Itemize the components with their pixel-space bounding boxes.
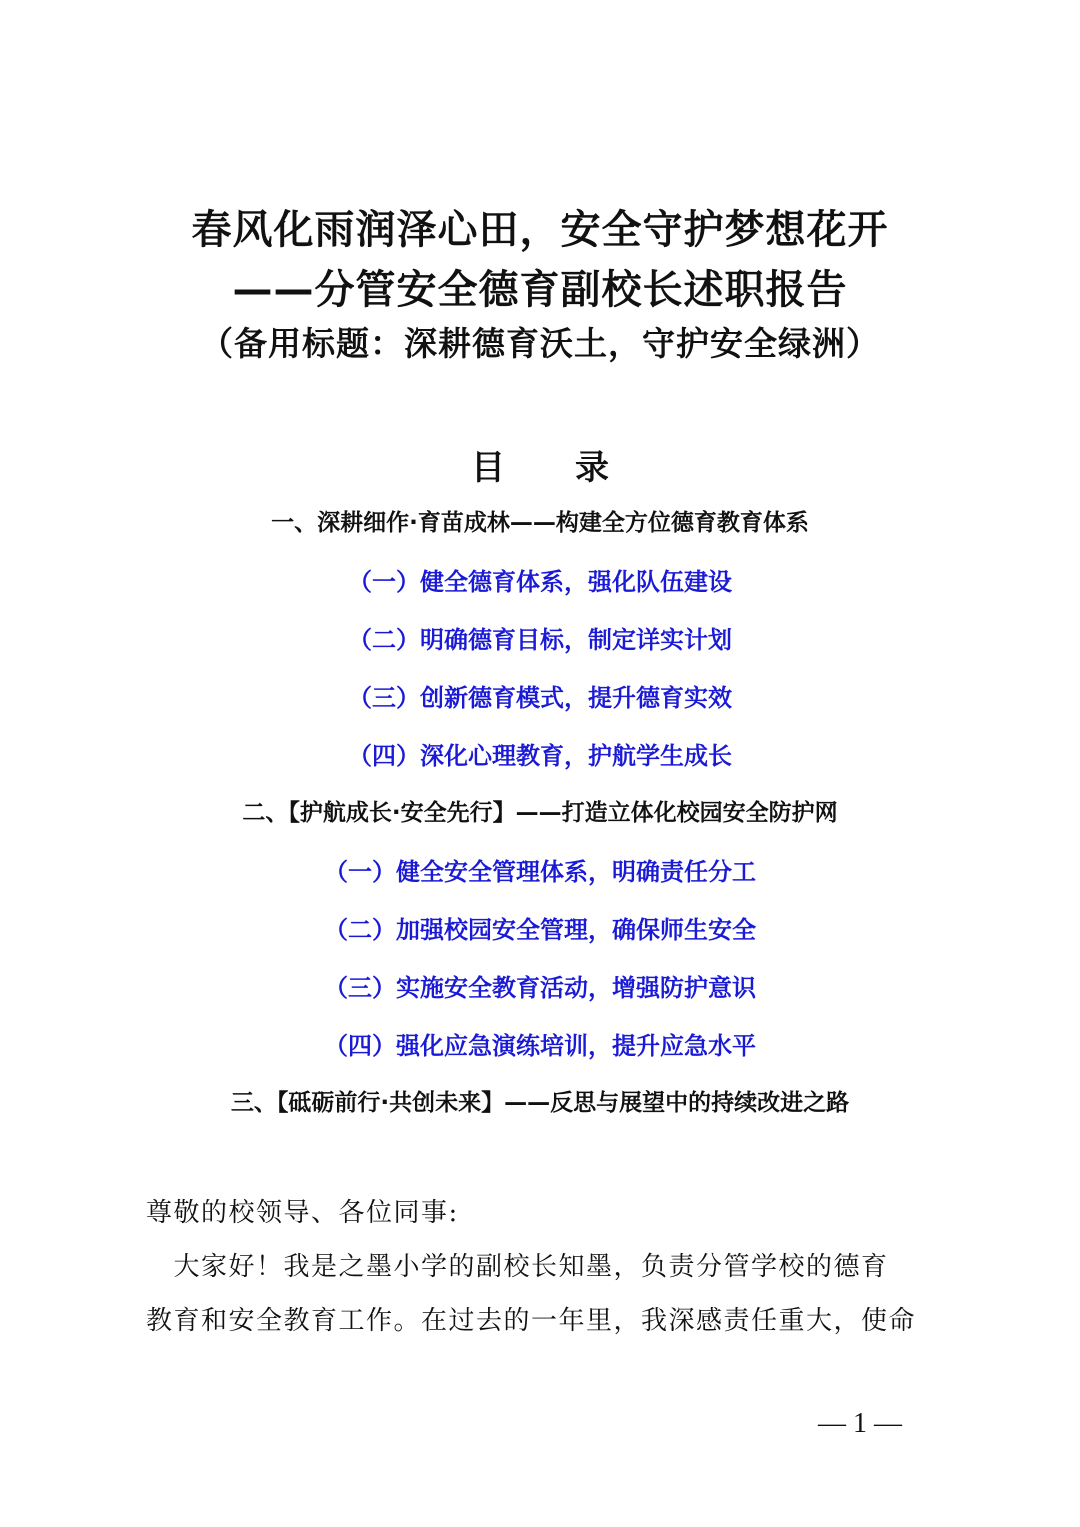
body-paragraph-line-1: 大家好！我是之墨小学的副校长知墨，负责分管学校的德育 (146, 1246, 946, 1283)
toc-item-2-3[interactable]: （三）实施安全教育活动，增强防护意识 (0, 968, 1080, 1003)
toc-item-2-4[interactable]: （四）强化应急演练培训，提升应急水平 (0, 1026, 1080, 1061)
toc-item-1-1[interactable]: （一）健全德育体系，强化队伍建设 (0, 562, 1080, 597)
salutation: 尊敬的校领导、各位同事: (146, 1192, 946, 1229)
body-paragraph-line-2: 教育和安全教育工作。在过去的一年里，我深感责任重大，使命 (146, 1300, 946, 1337)
document-subtitle: ——分管安全德育副校长述职报告 (0, 258, 1080, 315)
toc-section-2[interactable]: 二、【护航成长·安全先行】——打造立体化校园安全防护网 (0, 794, 1080, 827)
toc-item-1-4[interactable]: （四）深化心理教育，护航学生成长 (0, 736, 1080, 771)
toc-heading-right: 录 (575, 440, 609, 489)
toc-section-1[interactable]: 一、深耕细作·育苗成林——构建全方位德育教育体系 (0, 504, 1080, 537)
toc-item-1-3[interactable]: （三）创新德育模式，提升德育实效 (0, 678, 1080, 713)
document-title: 春风化雨润泽心田，安全守护梦想花开 (0, 198, 1080, 255)
alternate-title: （备用标题：深耕德育沃土，守护安全绿洲） (0, 318, 1080, 365)
toc-section-3[interactable]: 三、【砥砺前行·共创未来】——反思与展望中的持续改进之路 (0, 1084, 1080, 1117)
toc-item-1-2[interactable]: （二）明确德育目标，制定详实计划 (0, 620, 1080, 655)
toc-item-2-2[interactable]: （二）加强校园安全管理，确保师生安全 (0, 910, 1080, 945)
toc-heading: 目录 (0, 440, 1080, 489)
toc-item-2-1[interactable]: （一）健全安全管理体系，明确责任分工 (0, 852, 1080, 887)
toc-heading-left: 目 (471, 440, 505, 489)
page-number: — 1 — (818, 1408, 902, 1440)
